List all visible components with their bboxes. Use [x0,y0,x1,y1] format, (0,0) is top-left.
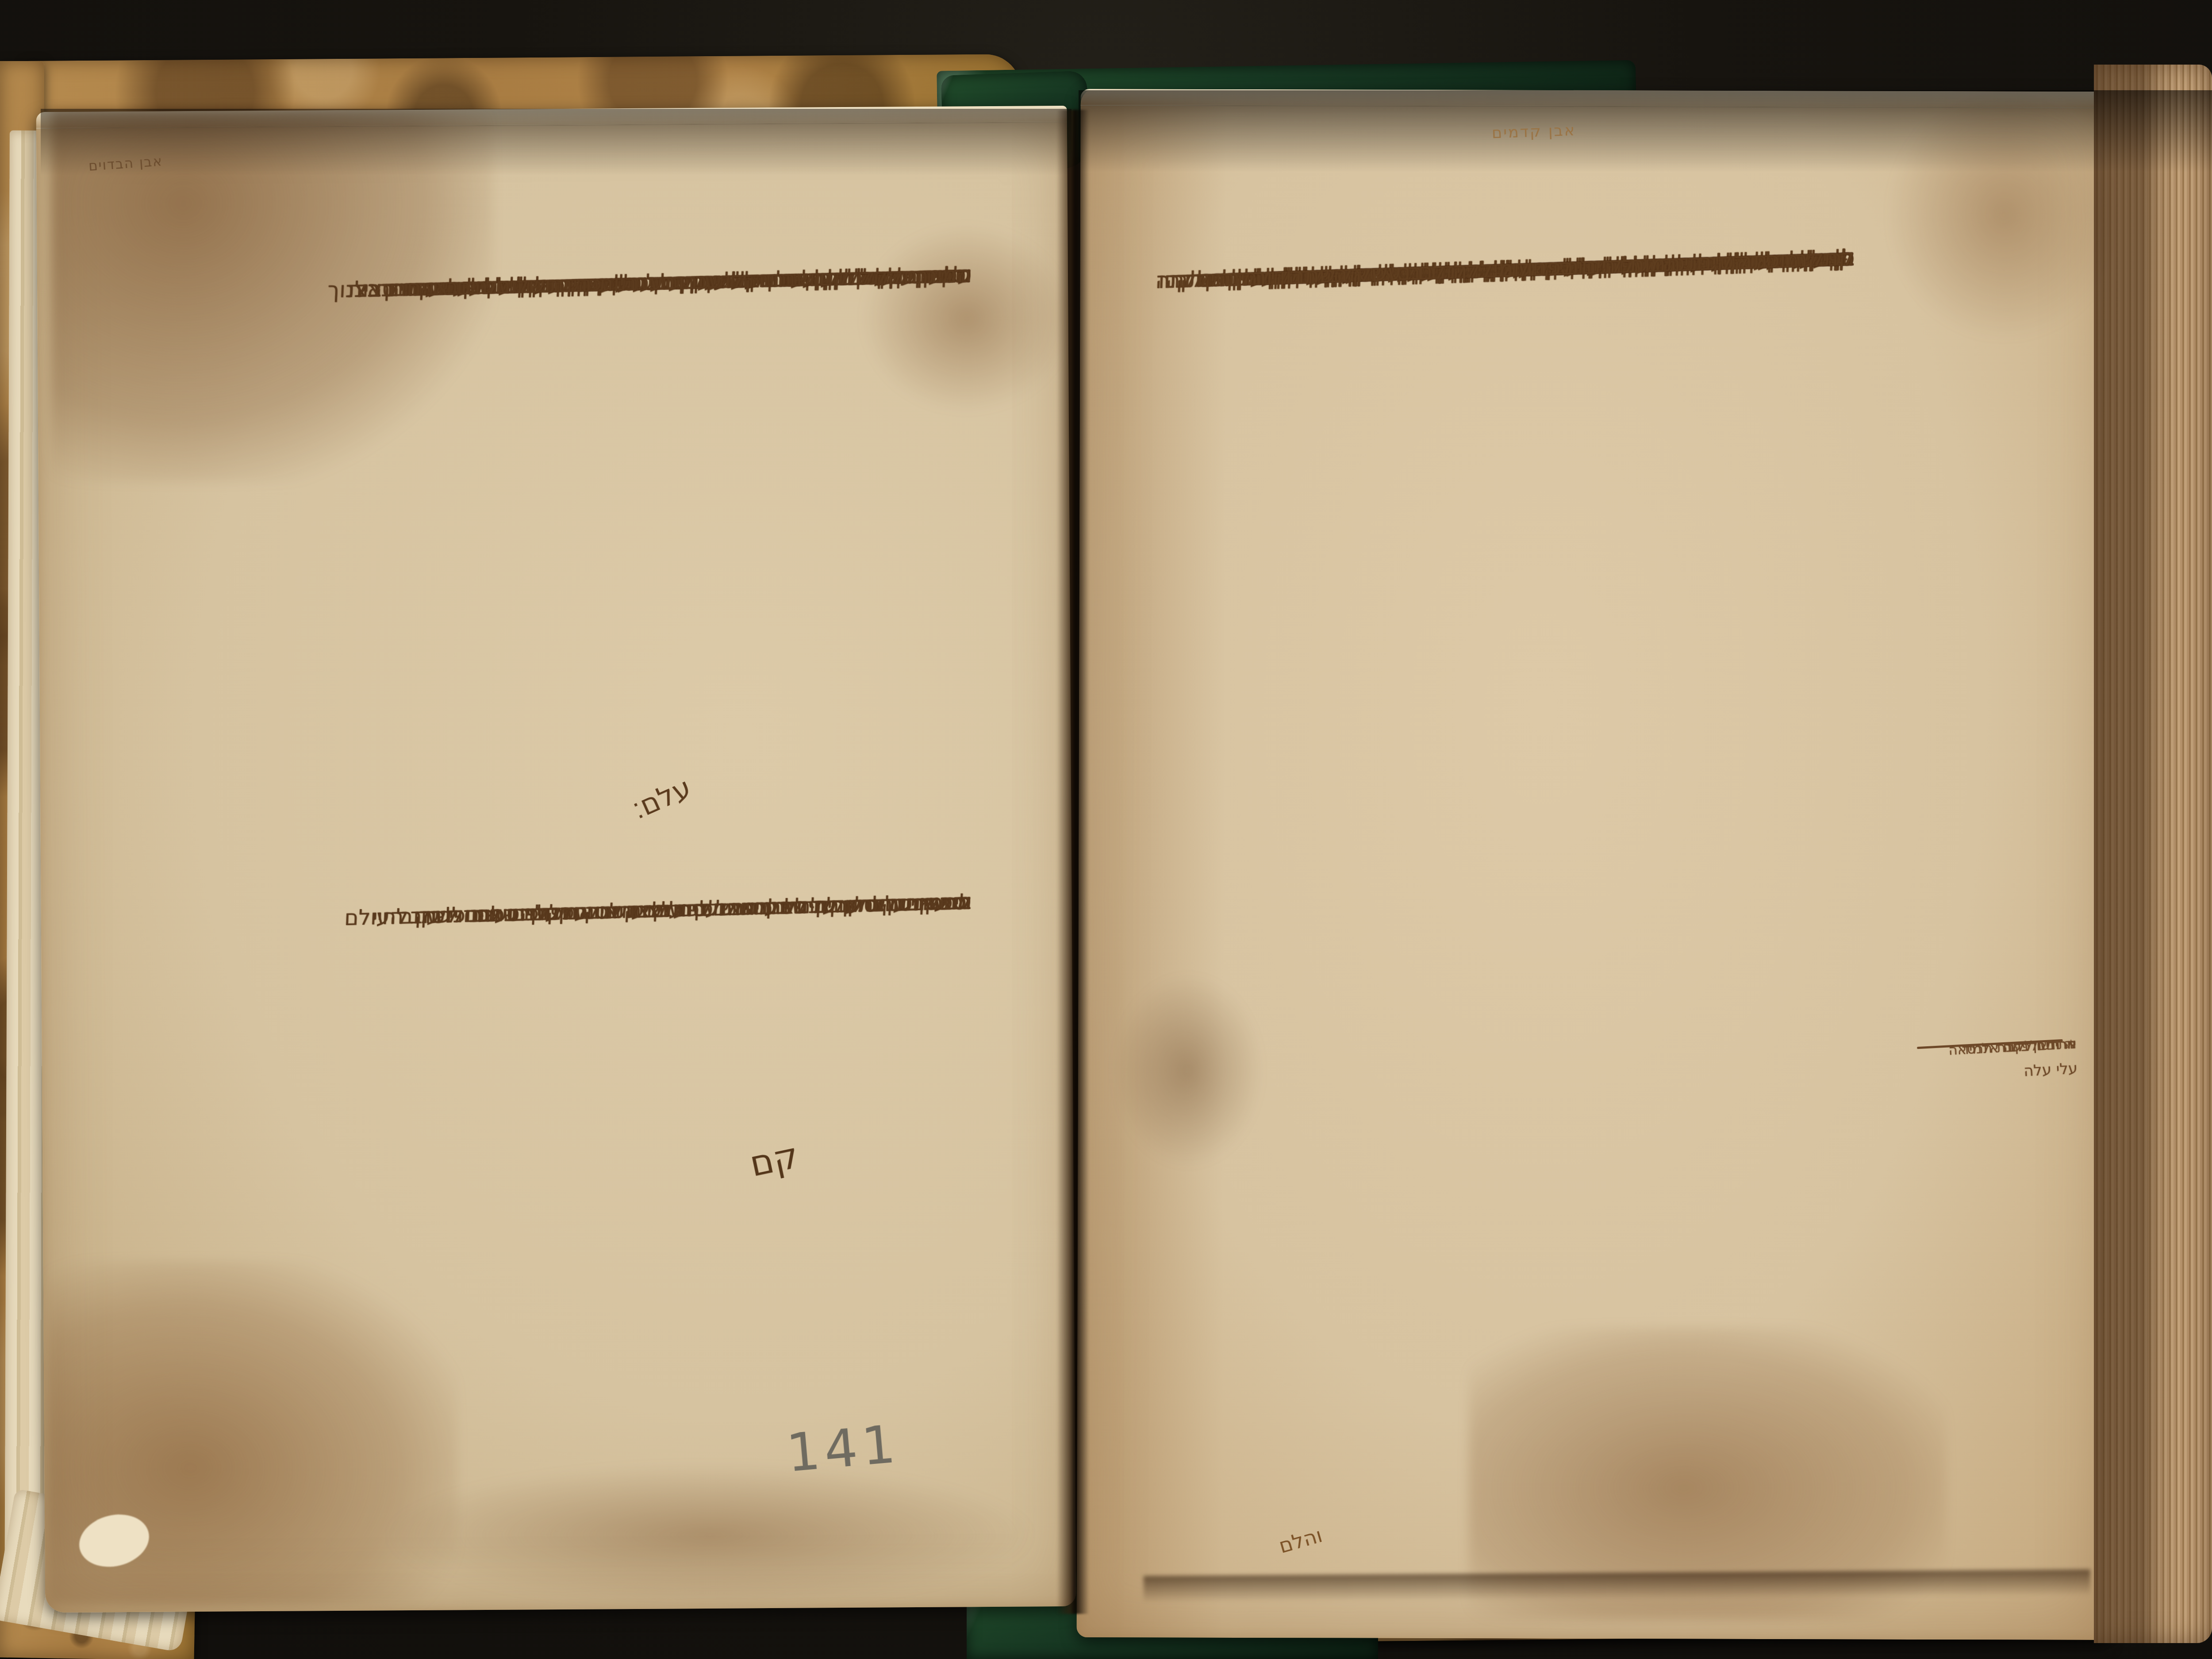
fore-edge-page-block [2094,65,2212,1643]
right-page-header-inscription: אבן קדמים [1491,122,1576,142]
left-page [36,106,1076,1613]
gutter-crease [1056,110,1089,1614]
pencil-page-number: 141 [784,1413,902,1484]
right-page [1076,89,2111,1640]
manuscript-line: מבואו סוף תע לב שבלם [753,885,972,925]
margin-note-signature: עלי עלה [2023,1056,2078,1084]
manuscript-photo: אבן הבדוים אבן קדמים טלם ופנינור הלך אתה… [0,0,2212,1659]
right-page-top-hem [1080,89,2111,108]
margin-note-line: אתים ולפחה [2003,1031,2077,1060]
